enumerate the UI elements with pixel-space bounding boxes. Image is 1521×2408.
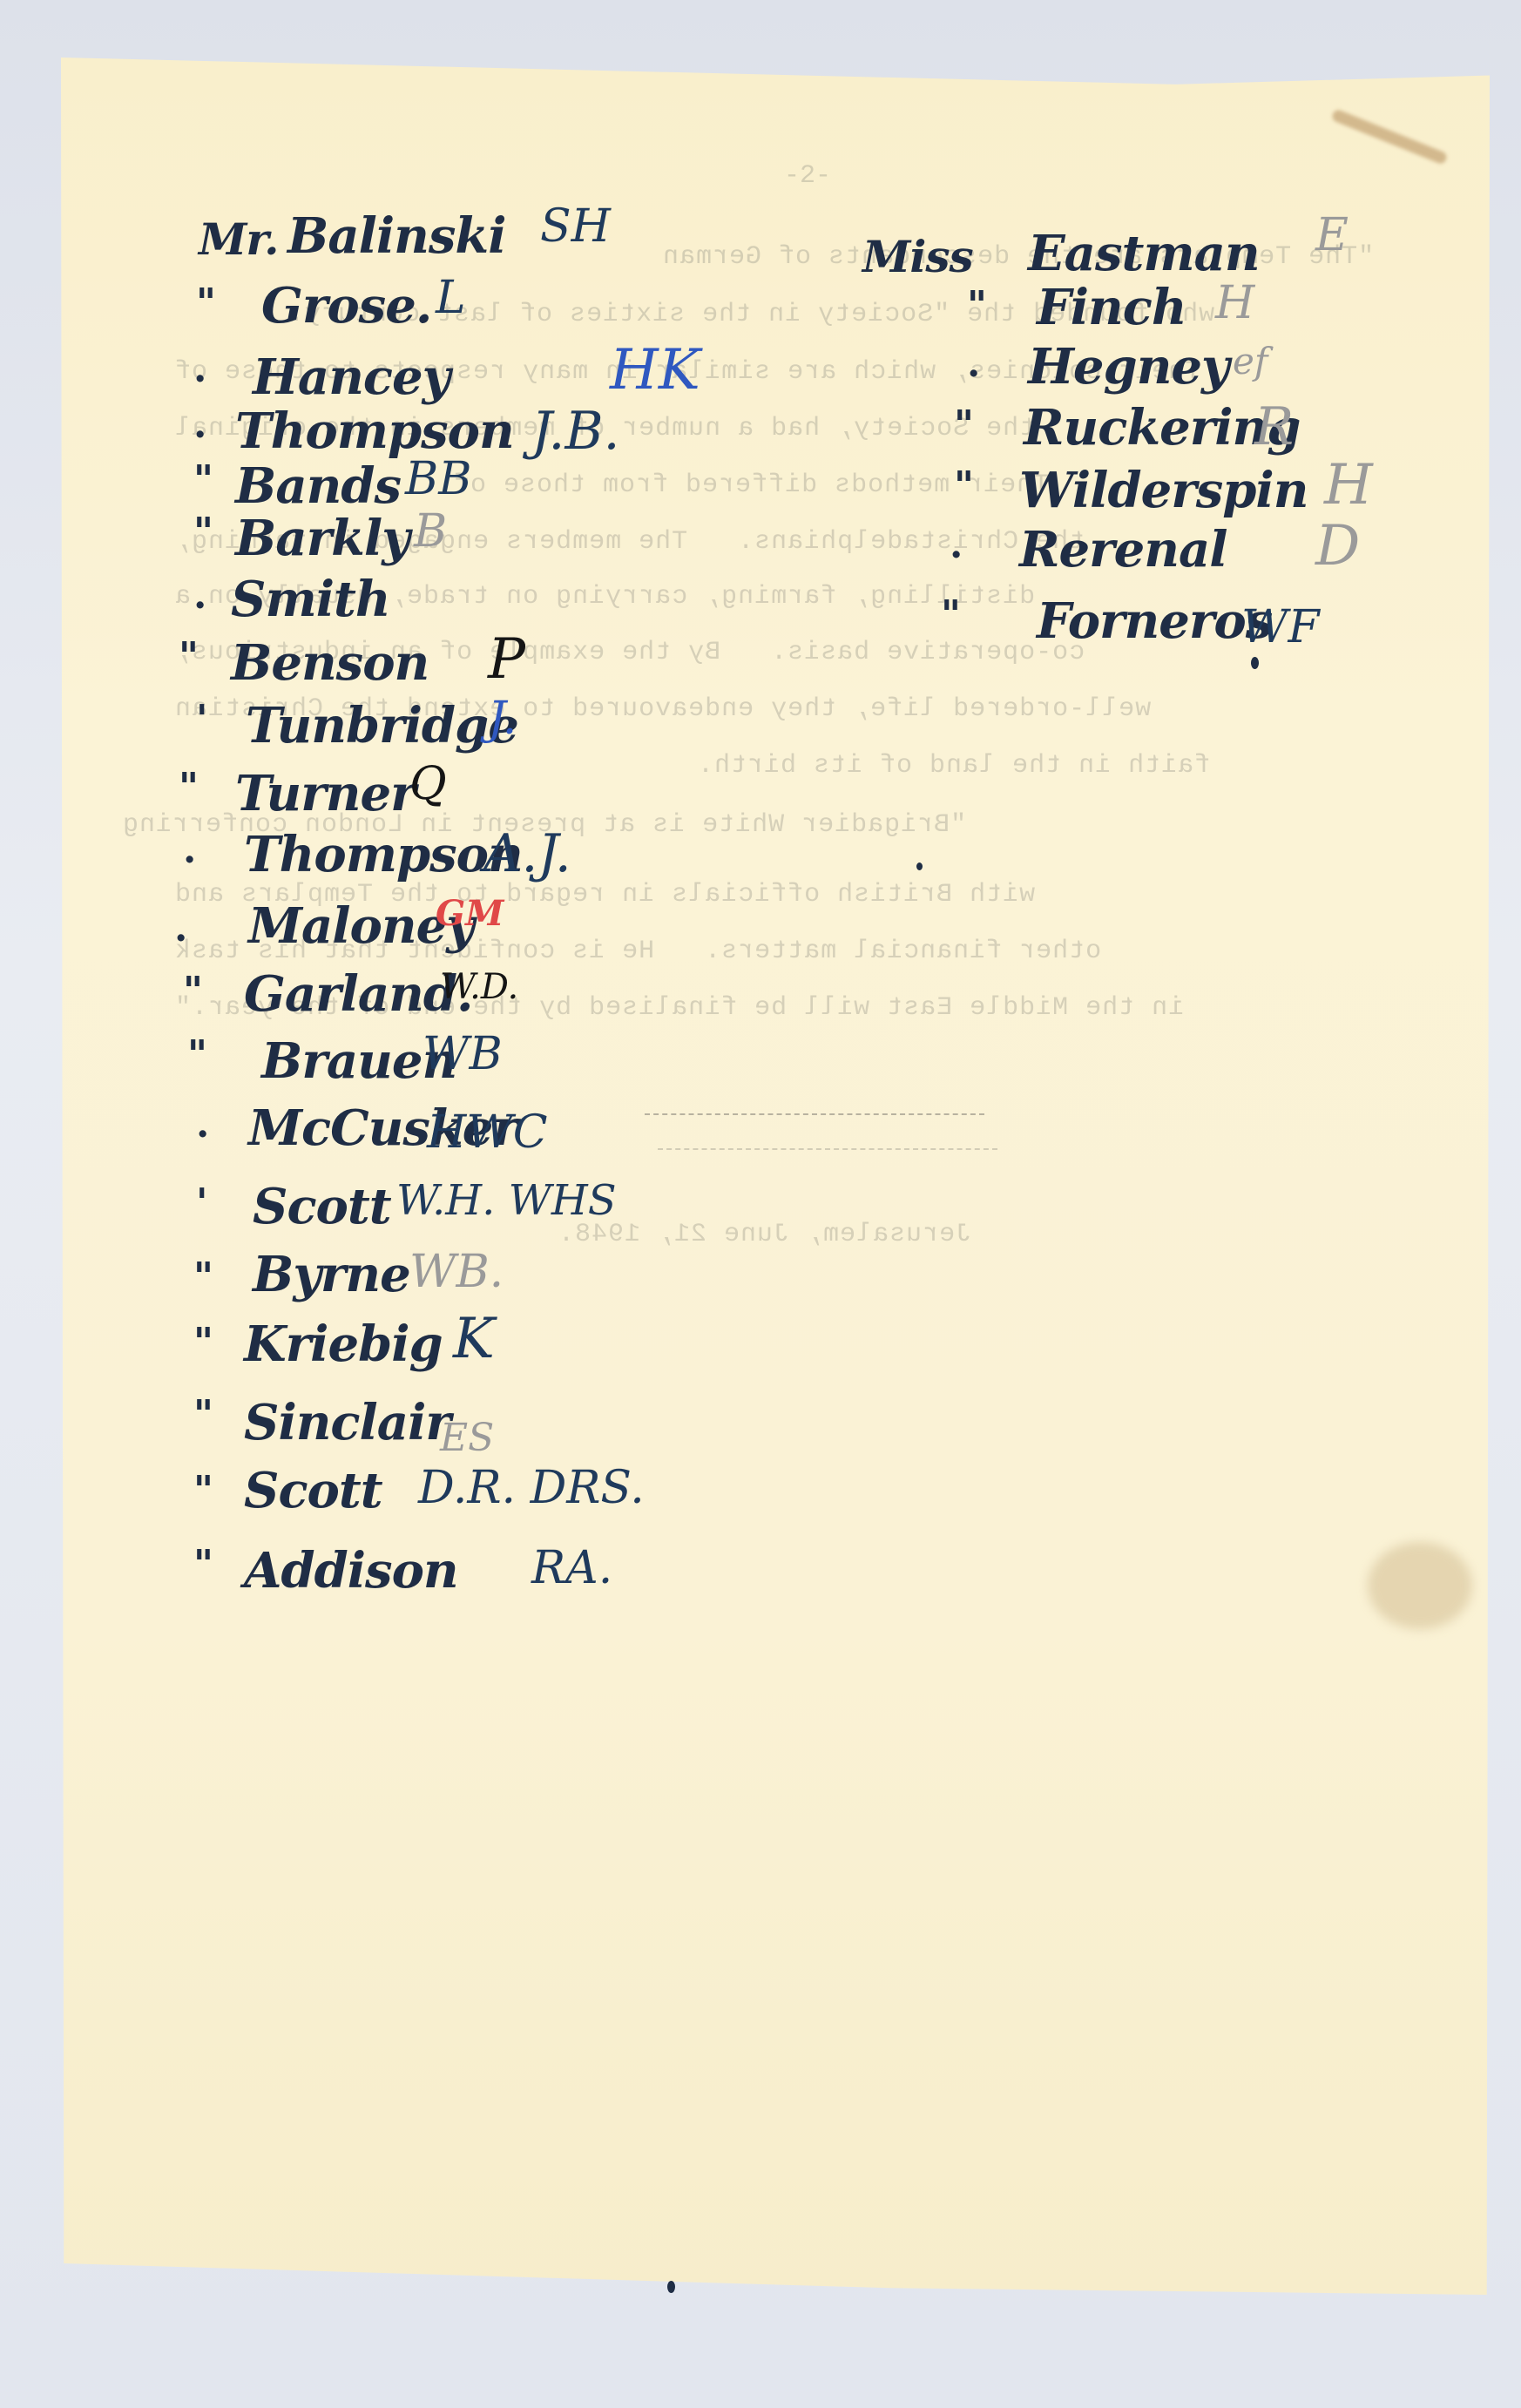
signatory-name: Benson xyxy=(231,634,429,692)
signatory-name: Eastman xyxy=(1028,225,1260,282)
signatory-initials: WB. xyxy=(409,1246,504,1298)
ink-dot xyxy=(667,2281,675,2293)
signatory-initials: P xyxy=(488,627,525,692)
signatory-name: Hegney xyxy=(1028,338,1229,396)
bleed-line: "The Templars are the descendants of Ger… xyxy=(662,242,1374,272)
ditto-mark: " xyxy=(967,283,987,328)
signatory-initials: D.R. DRS. xyxy=(418,1462,645,1514)
signatory-initials: ef xyxy=(1233,340,1267,382)
signatory-name: Garland. xyxy=(244,965,473,1023)
signatory-initials: J. xyxy=(488,693,517,745)
signatory-initials: Q xyxy=(409,758,447,810)
signatory-initials: H xyxy=(1215,277,1254,329)
ditto-mark: " xyxy=(193,1542,213,1586)
ditto-mark: " xyxy=(193,1392,213,1437)
signatory-initials: ES xyxy=(440,1416,494,1460)
signatory-name: Forneros xyxy=(1037,592,1272,650)
signatory-name: Turner xyxy=(235,765,416,822)
ditto-mark: . xyxy=(967,342,980,386)
ditto-mark: . xyxy=(193,402,206,447)
signatory-initials: HK xyxy=(610,338,700,402)
name-prefix: Miss xyxy=(862,231,973,282)
signatory-initials: W.D. xyxy=(440,967,518,1007)
signatory-name: Wilderspin xyxy=(1019,462,1308,519)
ditto-mark: . xyxy=(193,347,206,391)
ditto-mark: " xyxy=(954,463,974,508)
signatory-name: Thompson xyxy=(235,402,514,460)
signatory-name: Barkly xyxy=(235,510,409,567)
ditto-mark: " xyxy=(179,765,199,809)
ditto-mark: ' xyxy=(196,697,207,741)
ditto-mark: " xyxy=(193,1468,213,1512)
signatory-initials: J.B. xyxy=(531,401,620,462)
signatory-initials: RA. xyxy=(531,1542,612,1594)
ink-dot xyxy=(916,862,923,870)
signatory-name: Hancey xyxy=(253,348,450,406)
ditto-mark: . xyxy=(950,523,963,567)
bleed-line: faith in the land of its birth. xyxy=(697,751,1210,781)
separator-rule xyxy=(658,1148,997,1150)
signatory-initials: WB xyxy=(422,1028,503,1080)
paper-stain xyxy=(1368,1542,1472,1629)
signatory-name: Byrne xyxy=(253,1246,410,1303)
signatory-name: Smith xyxy=(231,571,390,628)
signatory-initials: H xyxy=(1324,453,1373,517)
bleed-line: Jerusalem, June 21, 1948. xyxy=(558,1220,971,1249)
ditto-mark: . xyxy=(174,906,187,950)
name-prefix: Mr. xyxy=(199,213,279,265)
ditto-mark: " xyxy=(179,634,199,679)
signatory-initials: WF xyxy=(1241,601,1320,653)
ditto-mark: ' xyxy=(196,1180,207,1225)
signatory-name: Thompson xyxy=(244,826,523,883)
signatory-initials: L xyxy=(436,272,466,324)
ditto-mark: " xyxy=(193,510,213,554)
signatory-name: Addison xyxy=(244,1542,458,1600)
signatory-initials: R xyxy=(1254,396,1294,457)
signatory-initials: HWC xyxy=(427,1106,548,1159)
ditto-mark: " xyxy=(193,457,213,502)
signatory-initials: W.H. WHS xyxy=(396,1176,617,1225)
ditto-mark: " xyxy=(183,969,203,1013)
signatory-name: Scott xyxy=(244,1462,382,1519)
signatory-name: Finch xyxy=(1037,279,1186,336)
ditto-mark: " xyxy=(193,1255,213,1299)
ditto-mark: . xyxy=(183,828,196,872)
ditto-mark: " xyxy=(187,1032,207,1077)
signatory-name: Rerenal xyxy=(1019,521,1227,578)
signatory-name: Scott xyxy=(253,1178,391,1235)
ditto-mark: . xyxy=(196,1102,209,1147)
signatory-name: Kriebig xyxy=(244,1316,443,1373)
signatory-name: Tunbridge xyxy=(246,697,518,754)
signatory-initials: E xyxy=(1315,209,1349,261)
signatory-name: Grose. xyxy=(261,277,431,335)
ink-dot xyxy=(1251,657,1259,669)
signatory-name: Sinclair xyxy=(244,1394,450,1451)
ditto-mark: " xyxy=(954,402,974,447)
ditto-mark: " xyxy=(196,281,216,325)
ditto-mark: . xyxy=(193,573,206,618)
signatory-initials: A.J. xyxy=(483,823,571,884)
signatory-initials: K xyxy=(453,1307,495,1371)
separator-rule xyxy=(645,1113,984,1115)
signatory-initials: GM xyxy=(436,893,504,934)
ditto-mark: " xyxy=(941,592,961,637)
signatory-name: Balinski xyxy=(287,207,505,265)
signatory-name: Bands xyxy=(235,457,401,515)
signatory-initials: SH xyxy=(540,200,611,253)
signatory-initials: B xyxy=(414,505,447,558)
signatory-initials: BB xyxy=(405,453,471,505)
page-number: -2- xyxy=(784,161,831,191)
signatory-initials: D xyxy=(1315,514,1360,578)
ditto-mark: " xyxy=(193,1320,213,1364)
